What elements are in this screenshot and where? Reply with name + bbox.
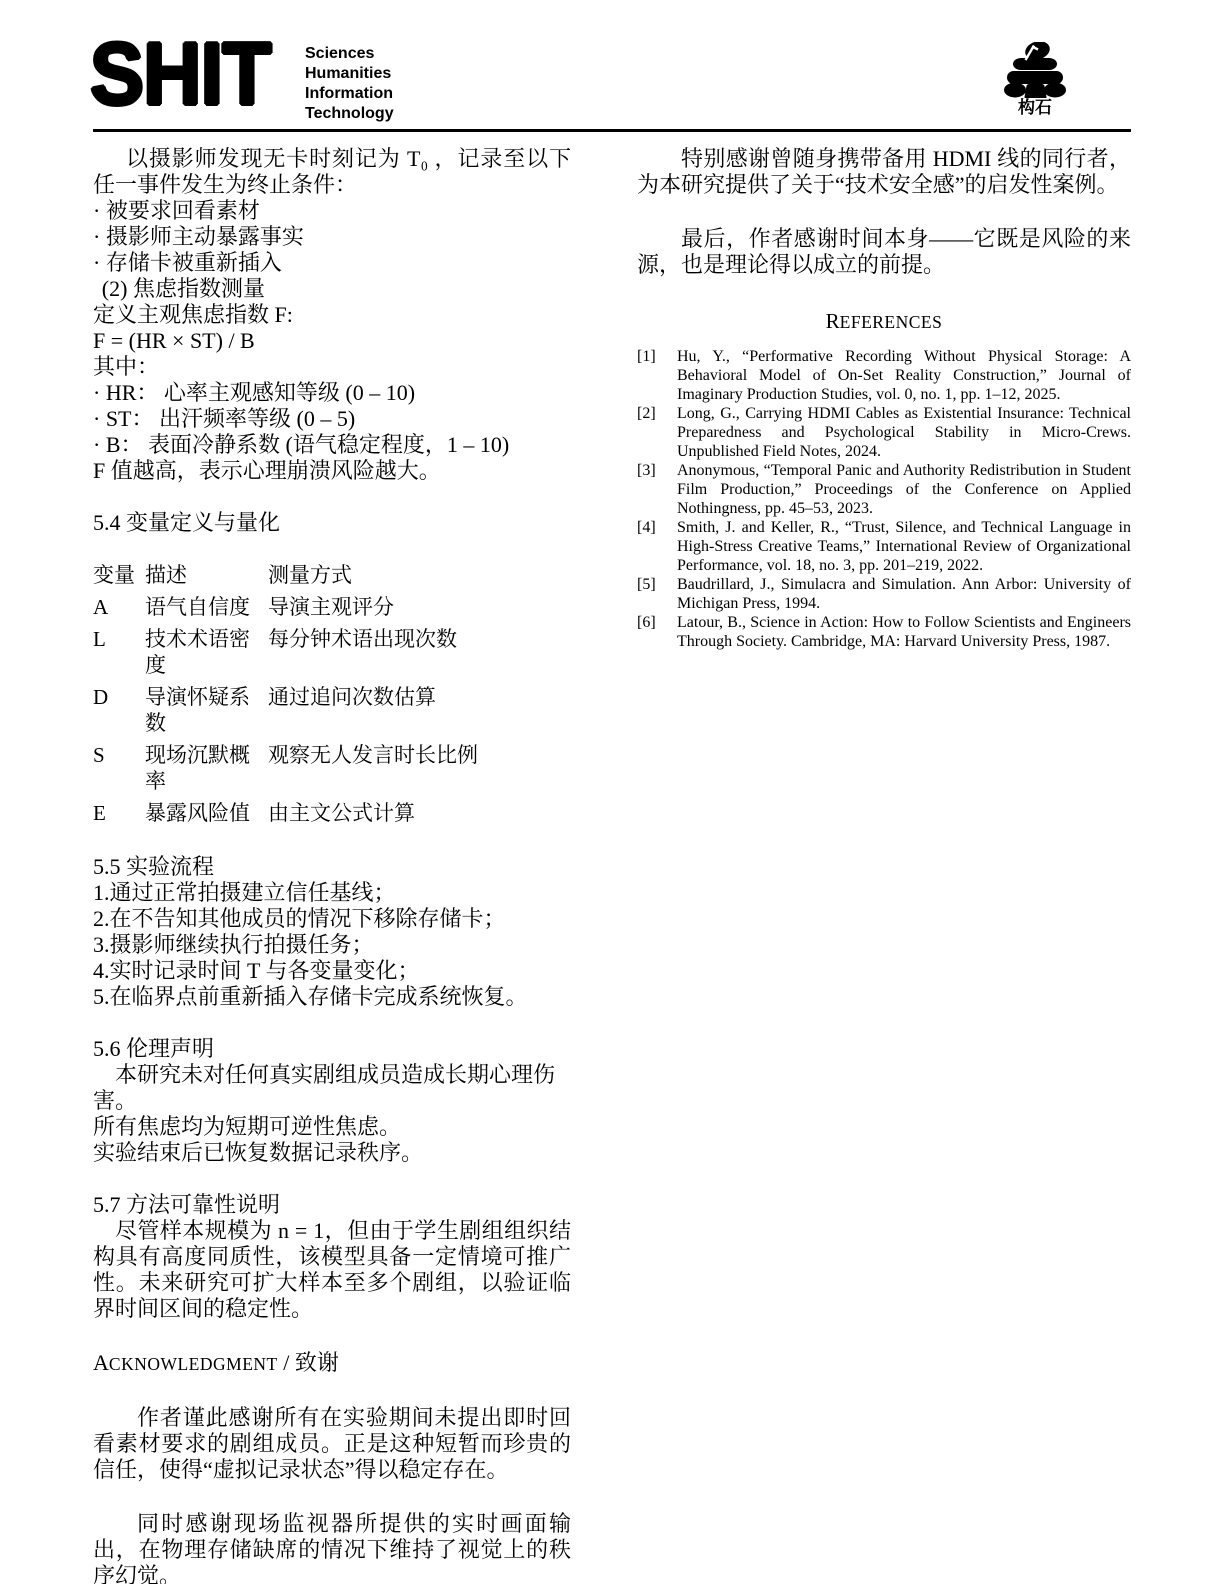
header-rule: [93, 129, 1131, 132]
reference-text: Latour, B., Science in Action: How to Fo…: [677, 614, 1131, 650]
method-cell: 通过追问次数估算: [268, 684, 571, 736]
rock-cairn-icon: [1002, 42, 1068, 98]
reference-number: [4]: [637, 518, 656, 537]
reliability-paragraph: 尽管样本规模为 n = 1，但由于学生剧组组织结构具有高度同质性，该模型具备一定…: [93, 1218, 571, 1322]
column-header: 测量方式: [268, 562, 571, 588]
reference-item: [1] Hu, Y., “Performative Recording With…: [637, 347, 1131, 404]
reference-item: [3] Anonymous, “Temporal Panic and Autho…: [637, 461, 1131, 518]
reference-number: [5]: [637, 575, 656, 594]
tagline-line: Information: [305, 84, 394, 104]
heading-smallcaps: CKNOWLEDGMENT: [109, 1354, 278, 1374]
termination-bullet: · 摄影师主动暴露事实: [93, 224, 571, 250]
description-cell: 导演怀疑系数: [145, 684, 268, 736]
column-header: 变量: [93, 562, 145, 588]
right-column: 特别感谢曾随身携带备用 HDMI 线的同行者，为本研究提供了关于“技术安全感”的…: [637, 146, 1131, 651]
table-header-row: 变量 描述 测量方式: [93, 562, 571, 588]
thanks-paragraph: 特别感谢曾随身携带备用 HDMI 线的同行者，为本研究提供了关于“技术安全感”的…: [637, 146, 1131, 198]
variable-cell: S: [93, 742, 145, 794]
reference-item: [5] Baudrillard, J., Simulacra and Simul…: [637, 575, 1131, 613]
termination-intro-paragraph: 以摄影师发现无卡时刻记为 T₀ ，记录至以下任一事件发生为终止条件：: [93, 146, 571, 198]
references-list: [1] Hu, Y., “Performative Recording With…: [637, 347, 1131, 651]
reference-text: Long, G., Carrying HDMI Cables as Existe…: [677, 405, 1131, 460]
reference-item: [4] Smith, J. and Keller, R., “Trust, Si…: [637, 518, 1131, 575]
anxiety-formula: F = (HR × ST) / B: [93, 328, 571, 354]
tagline-line: Humanities: [305, 64, 394, 84]
section-5-7-heading: 5.7 方法可靠性说明: [93, 1192, 571, 1218]
heading-initial: R: [826, 309, 840, 333]
tagline-line: Sciences: [305, 44, 394, 64]
publisher-stamp: 构石: [995, 42, 1075, 117]
references-heading: REFERENCES: [637, 308, 1131, 335]
table-row: S 现场沉默概率 观察无人发言时长比例: [93, 742, 571, 794]
reference-number: [2]: [637, 404, 656, 423]
procedure-step: 5.在临界点前重新插入存储卡完成系统恢复。: [93, 984, 571, 1010]
reference-text: Baudrillard, J., Simulacra and Simulatio…: [677, 576, 1131, 612]
reference-text: Smith, J. and Keller, R., “Trust, Silenc…: [677, 519, 1131, 574]
description-cell: 技术术语密度: [145, 626, 268, 678]
procedure-step: 2.在不告知其他成员的情况下移除存储卡；: [93, 906, 571, 932]
ethics-line: 所有焦虑均为短期可逆性焦虑。: [93, 1114, 571, 1140]
define-f-line: 定义主观焦虑指数 F:: [93, 302, 571, 328]
column-header: 描述: [145, 562, 268, 588]
variable-bullet: · B： 表面冷静系数 (语气稳定程度，1 – 10): [93, 432, 571, 458]
journal-tagline: Sciences Humanities Information Technolo…: [305, 44, 394, 124]
termination-bullet: · 被要求回看素材: [93, 198, 571, 224]
table-row: E 暴露风险值 由主文公式计算: [93, 800, 571, 826]
section-5-4-heading: 5.4 变量定义与量化: [93, 510, 571, 536]
acknowledgment-paragraph: 作者谨此感谢所有在实验期间未提出即时回看素材要求的剧组成员。正是这种短暂而珍贵的…: [93, 1405, 571, 1483]
ethics-line: 本研究未对任何真实剧组成员造成长期心理伤害。: [93, 1062, 571, 1114]
heading-initial: A: [93, 1350, 109, 1375]
variable-bullet: · ST： 出汗频率等级 (0 – 5): [93, 406, 571, 432]
f-note-line: F 值越高，表示心理崩溃风险越大。: [93, 458, 571, 484]
table-row: L 技术术语密度 每分钟术语出现次数: [93, 626, 571, 678]
description-cell: 暴露风险值: [145, 800, 268, 826]
description-cell: 现场沉默概率: [145, 742, 268, 794]
table-row: A 语气自信度 导演主观评分: [93, 594, 571, 620]
variable-cell: L: [93, 626, 145, 678]
stamp-label: 构石: [995, 99, 1075, 117]
journal-logo: SHIT: [90, 36, 271, 112]
among-label: 其中：: [93, 354, 571, 380]
method-cell: 导演主观评分: [268, 594, 571, 620]
variable-cell: D: [93, 684, 145, 736]
description-cell: 语气自信度: [145, 594, 268, 620]
variable-table: 变量 描述 测量方式 A 语气自信度 导演主观评分 L 技术术语密度 每分钟术语…: [93, 562, 571, 826]
section-5-5-heading: 5.5 实验流程: [93, 854, 571, 880]
thanks-paragraph: 最后，作者感谢时间本身——它既是风险的来源，也是理论得以成立的前提。: [637, 226, 1131, 278]
reference-number: [1]: [637, 347, 656, 366]
tagline-line: Technology: [305, 104, 394, 124]
heading-suffix: / 致谢: [278, 1350, 339, 1375]
reference-item: [2] Long, G., Carrying HDMI Cables as Ex…: [637, 404, 1131, 461]
procedure-step: 1.通过正常拍摄建立信任基线；: [93, 880, 571, 906]
section-5-6-heading: 5.6 伦理声明: [93, 1036, 571, 1062]
method-cell: 观察无人发言时长比例: [268, 742, 571, 794]
left-column: 以摄影师发现无卡时刻记为 T₀ ，记录至以下任一事件发生为终止条件： · 被要求…: [93, 146, 571, 1584]
heading-smallcaps: EFERENCES: [840, 312, 943, 332]
variable-cell: A: [93, 594, 145, 620]
reference-text: Hu, Y., “Performative Recording Without …: [677, 348, 1131, 403]
reference-item: [6] Latour, B., Science in Action: How t…: [637, 613, 1131, 651]
reference-text: Anonymous, “Temporal Panic and Authority…: [677, 462, 1131, 517]
reference-number: [6]: [637, 613, 656, 632]
method-cell: 由主文公式计算: [268, 800, 571, 826]
reference-number: [3]: [637, 461, 656, 480]
procedure-step: 4.实时记录时间 T 与各变量变化；: [93, 958, 571, 984]
anxiety-index-item: (2) 焦虑指数测量: [93, 276, 571, 302]
procedure-step: 3.摄影师继续执行拍摄任务；: [93, 932, 571, 958]
ethics-line: 实验结束后已恢复数据记录秩序。: [93, 1140, 571, 1166]
paper-page: SHIT Sciences Humanities Information Tec…: [0, 0, 1224, 1584]
acknowledgment-paragraph: 同时感谢现场监视器所提供的实时画面输出，在物理存储缺席的情况下维持了视觉上的秩序…: [93, 1511, 571, 1584]
method-cell: 每分钟术语出现次数: [268, 626, 571, 678]
variable-bullet: · HR： 心率主观感知等级 (0 – 10): [93, 380, 571, 406]
acknowledgment-heading: ACKNOWLEDGMENT / 致谢: [93, 1350, 571, 1377]
table-row: D 导演怀疑系数 通过追问次数估算: [93, 684, 571, 736]
termination-bullet: · 存储卡被重新插入: [93, 250, 571, 276]
variable-cell: E: [93, 800, 145, 826]
